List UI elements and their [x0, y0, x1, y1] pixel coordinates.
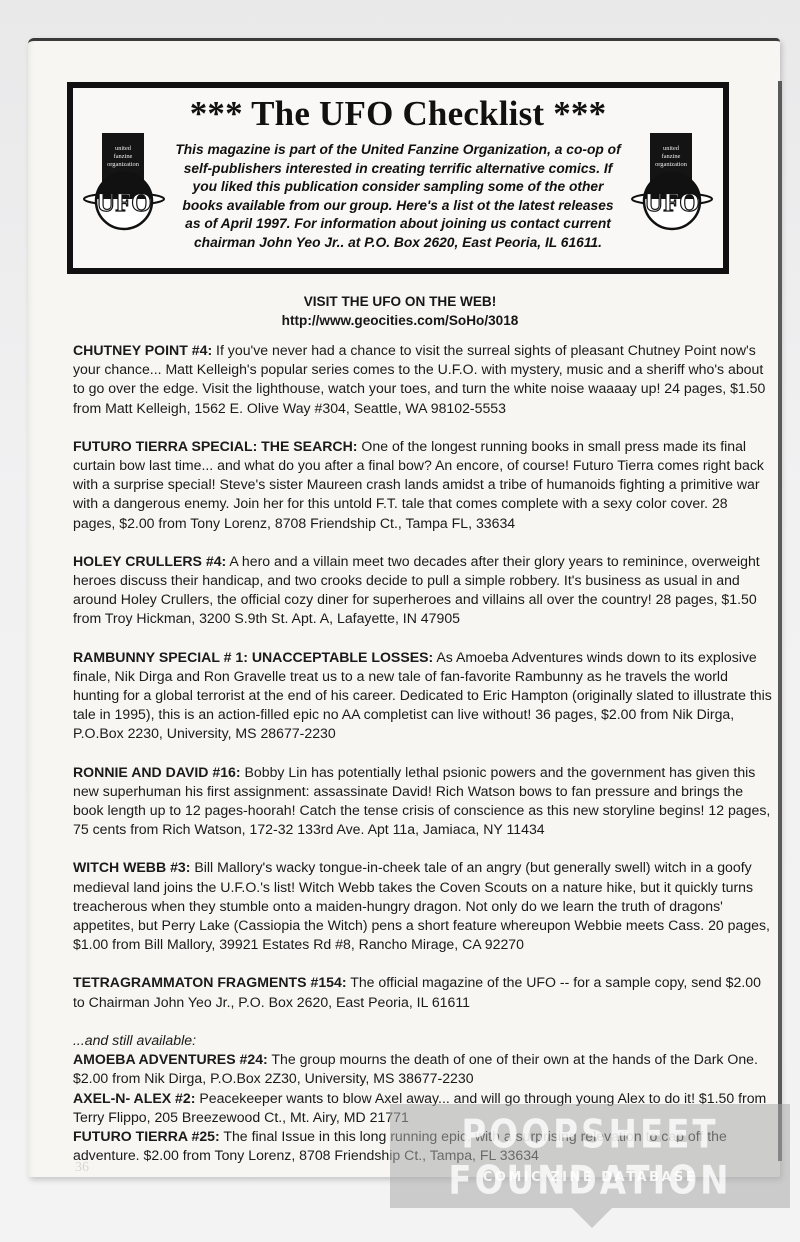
entry-title: FUTURO TIERRA #25: [73, 1128, 220, 1144]
checklist-entry: RONNIE AND DAVID #16: Bobby Lin has pote… [73, 763, 773, 840]
checklist-content: CHUTNEY POINT #4: If you've never had a … [73, 341, 773, 1165]
svg-text:UFO: UFO [645, 188, 700, 217]
entry-title: FUTURO TIERRA SPECIAL: THE SEARCH: [73, 438, 357, 454]
watermark-title: POOPSHEET FOUNDATION [390, 1112, 790, 1204]
svg-text:UFO: UFO [97, 188, 152, 217]
entry-title: CHUTNEY POINT #4: [73, 342, 212, 358]
page-title: *** The UFO Checklist *** [73, 94, 723, 134]
checklist-entry: AMOEBA ADVENTURES #24: The group mourns … [73, 1050, 773, 1088]
entry-title: AMOEBA ADVENTURES #24: [73, 1051, 268, 1067]
watermark-banner: POOPSHEET FOUNDATION COMIC ZINE DATABASE [390, 1104, 790, 1208]
checklist-entry: CHUTNEY POINT #4: If you've never had a … [73, 341, 773, 418]
still-available-label: ...and still available: [73, 1031, 773, 1050]
watermark-subtitle: COMIC ZINE DATABASE [390, 1170, 790, 1185]
ufo-logo-icon: united fanzine organization UFO [631, 133, 713, 243]
web-section: VISIT THE UFO ON THE WEB! http://www.geo… [0, 292, 800, 330]
entry-title: AXEL-N- ALEX #2: [73, 1090, 195, 1106]
ufo-logo-icon: united fanzine organization UFO [83, 133, 165, 243]
page-number: 36 [75, 1160, 89, 1176]
entry-title: HOLEY CRULLERS #4: [73, 553, 226, 569]
entry-title: WITCH WEBB #3: [73, 859, 190, 875]
ufo-description: This magazine is part of the United Fanz… [173, 141, 623, 253]
entry-title: TETRAGRAMMATON FRAGMENTS #154: [73, 974, 347, 990]
ufo-checklist-header: *** The UFO Checklist *** united fanzine… [67, 82, 729, 274]
checklist-entry: WITCH WEBB #3: Bill Mallory's wacky tong… [73, 858, 773, 954]
watermark-pointer-icon [572, 1208, 612, 1228]
entry-title: RONNIE AND DAVID #16: [73, 764, 241, 780]
checklist-entry: FUTURO TIERRA SPECIAL: THE SEARCH: One o… [73, 437, 773, 533]
checklist-entry: HOLEY CRULLERS #4: A hero and a villain … [73, 552, 773, 629]
checklist-entry: TETRAGRAMMATON FRAGMENTS #154: The offic… [73, 973, 773, 1011]
entry-title: RAMBUNNY SPECIAL # 1: UNACCEPTABLE LOSSE… [73, 649, 433, 665]
web-url: http://www.geocities.com/SoHo/3018 [0, 311, 800, 330]
web-heading: VISIT THE UFO ON THE WEB! [0, 292, 800, 311]
checklist-entry: RAMBUNNY SPECIAL # 1: UNACCEPTABLE LOSSE… [73, 648, 773, 744]
